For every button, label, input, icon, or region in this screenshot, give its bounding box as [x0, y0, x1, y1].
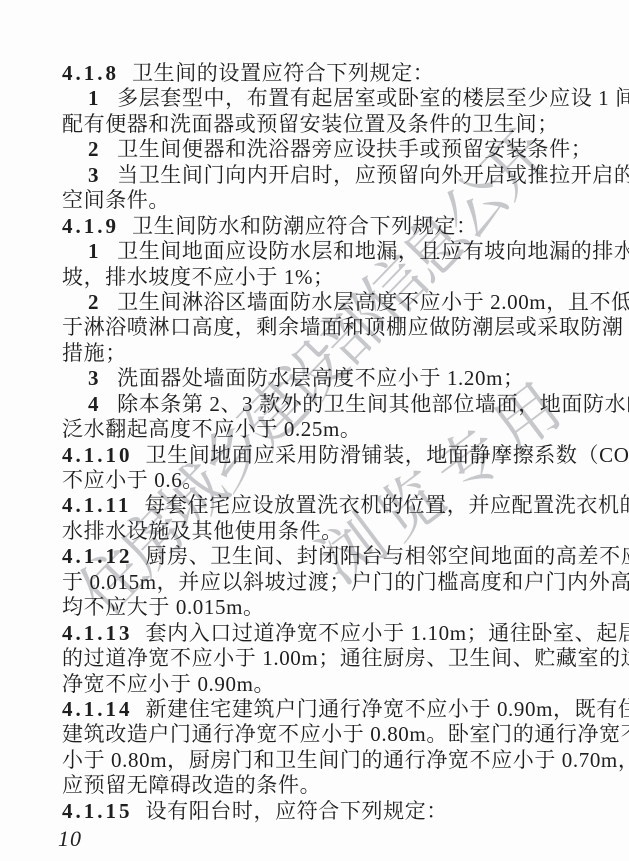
line-text: 于淋浴喷淋口高度，剩余墙面和顶棚应做防潮层或采取防潮: [62, 315, 624, 339]
continuation-line: 泛水翻起高度不应小于 0.25m。: [62, 417, 556, 442]
continuation-line: 措施；: [62, 341, 556, 366]
section-line: 4.1.14新建住宅建筑户门通行净宽不应小于 0.90m，既有住宅: [62, 697, 556, 722]
line-text: 卫生间的设置应符合下列规定：: [132, 61, 434, 85]
line-text: 的过道净宽不应小于 1.00m；通往厨房、卫生间、贮藏室的过道: [62, 646, 629, 670]
section-line: 4.1.9卫生间防水和防潮应符合下列规定：: [62, 214, 556, 239]
line-text: 应预留无障碍改造的条件。: [62, 773, 321, 797]
section-number: 4.1.13: [62, 621, 133, 645]
line-text: 卫生间淋浴区墙面防水层高度不应小于 2.00m，且不低: [117, 290, 629, 314]
line-text: 泛水翻起高度不应小于 0.25m。: [62, 417, 362, 441]
line-text: 套内入口过道净宽不应小于 1.10m；通往卧室、起居室: [146, 621, 629, 645]
continuation-line: 不应小于 0.6。: [62, 468, 556, 493]
continuation-line: 水排水设施及其他使用条件。: [62, 519, 556, 544]
continuation-line: 坡，排水坡度不应小于 1%；: [62, 265, 556, 290]
line-text: 除本条第 2、3 款外的卫生间其他部位墙面，地面防水的: [117, 392, 629, 416]
clause-line: 3洗面器处墙面防水层高度不应小于 1.20m；: [62, 366, 556, 391]
line-text: 卫生间防水和防潮应符合下列规定：: [132, 214, 478, 238]
clause-line: 3当卫生间门向内开启时，应预留向外开启或推拉开启的: [62, 163, 556, 188]
section-line: 4.1.13套内入口过道净宽不应小于 1.10m；通往卧室、起居室: [62, 621, 556, 646]
document-page: 住房城乡建设部信息公开 浏览专用 4.1.8卫生间的设置应符合下列规定：1多层套…: [0, 0, 629, 861]
line-text: 水排水设施及其他使用条件。: [62, 519, 343, 543]
line-text: 小于 0.80m，厨房门和卫生间门的通行净宽不应小于 0.70m，并: [62, 748, 629, 772]
section-line: 4.1.8卫生间的设置应符合下列规定：: [62, 61, 556, 86]
line-text: 卫生间地面应采用防滑铺装，地面静摩擦系数（COF）: [146, 443, 629, 467]
clause-line: 1卫生间地面应设防水层和地漏，且应有坡向地漏的排水: [62, 239, 556, 264]
section-line: 4.1.12厨房、卫生间、封闭阳台与相邻空间地面的高差不应大: [62, 544, 556, 569]
section-number: 4.1.9: [62, 214, 119, 238]
line-text: 卫生间便器和洗浴器旁应设扶手或预留安装条件；: [117, 137, 592, 161]
line-text: 多层套型中，布置有起居室或卧室的楼层至少应设 1 间: [117, 86, 629, 110]
section-number: 4.1.11: [62, 493, 131, 517]
section-number: 4.1.10: [62, 443, 133, 467]
clause-line: 2卫生间便器和洗浴器旁应设扶手或预留安装条件；: [62, 137, 556, 162]
line-text: 厨房、卫生间、封闭阳台与相邻空间地面的高差不应大: [146, 544, 629, 568]
line-text: 新建住宅建筑户门通行净宽不应小于 0.90m，既有住宅: [146, 697, 629, 721]
continuation-line: 于淋浴喷淋口高度，剩余墙面和顶棚应做防潮层或采取防潮: [62, 315, 556, 340]
section-line: 4.1.15设有阳台时，应符合下列规定：: [62, 799, 556, 824]
clause-line: 1多层套型中，布置有起居室或卧室的楼层至少应设 1 间: [62, 86, 556, 111]
line-text: 建筑改造户门通行净宽不应小于 0.80m。卧室门的通行净宽不应: [62, 722, 629, 746]
continuation-line: 空间条件。: [62, 188, 556, 213]
body-text: 4.1.8卫生间的设置应符合下列规定：1多层套型中，布置有起居室或卧室的楼层至少…: [62, 61, 556, 824]
continuation-line: 小于 0.80m，厨房门和卫生间门的通行净宽不应小于 0.70m，并: [62, 748, 556, 773]
line-text: 设有阳台时，应符合下列规定：: [146, 799, 448, 823]
line-text: 不应小于 0.6。: [62, 468, 204, 492]
continuation-line: 配有便器和洗面器或预留安装位置及条件的卫生间；: [62, 112, 556, 137]
line-text: 洗面器处墙面防水层高度不应小于 1.20m；: [117, 366, 525, 390]
page-number: 10: [58, 826, 82, 852]
section-number: 4.1.14: [62, 697, 133, 721]
clause-number: 1: [88, 239, 99, 263]
clause-line: 4除本条第 2、3 款外的卫生间其他部位墙面，地面防水的: [62, 392, 556, 417]
line-text: 每套住宅应设放置洗衣机的位置，并应配置洗衣机的给: [144, 493, 629, 517]
continuation-line: 均不应大于 0.015m。: [62, 595, 556, 620]
line-text: 当卫生间门向内开启时，应预留向外开启或推拉开启的: [117, 163, 629, 187]
clause-number: 1: [88, 86, 99, 110]
section-line: 4.1.11每套住宅应设放置洗衣机的位置，并应配置洗衣机的给: [62, 493, 556, 518]
clause-number: 2: [88, 290, 99, 314]
line-text: 配有便器和洗面器或预留安装位置及条件的卫生间；: [62, 112, 559, 136]
line-text: 卫生间地面应设防水层和地漏，且应有坡向地漏的排水: [117, 239, 629, 263]
clause-number: 3: [88, 366, 99, 390]
continuation-line: 建筑改造户门通行净宽不应小于 0.80m。卧室门的通行净宽不应: [62, 722, 556, 747]
clause-number: 4: [88, 392, 99, 416]
section-number: 4.1.12: [62, 544, 133, 568]
section-line: 4.1.10卫生间地面应采用防滑铺装，地面静摩擦系数（COF）: [62, 443, 556, 468]
line-text: 净宽不应小于 0.90m。: [62, 672, 275, 696]
continuation-line: 净宽不应小于 0.90m。: [62, 672, 556, 697]
continuation-line: 应预留无障碍改造的条件。: [62, 773, 556, 798]
continuation-line: 的过道净宽不应小于 1.00m；通往厨房、卫生间、贮藏室的过道: [62, 646, 556, 671]
continuation-line: 于 0.015m，并应以斜坡过渡；户门的门槛高度和户门内外高差: [62, 570, 556, 595]
line-text: 于 0.015m，并应以斜坡过渡；户门的门槛高度和户门内外高差: [62, 570, 629, 594]
line-text: 措施；: [62, 341, 127, 365]
line-text: 坡，排水坡度不应小于 1%；: [62, 265, 335, 289]
clause-number: 3: [88, 163, 99, 187]
clause-line: 2卫生间淋浴区墙面防水层高度不应小于 2.00m，且不低: [62, 290, 556, 315]
clause-number: 2: [88, 137, 99, 161]
line-text: 均不应大于 0.015m。: [62, 595, 265, 619]
section-number: 4.1.8: [62, 61, 119, 85]
line-text: 空间条件。: [62, 188, 170, 212]
section-number: 4.1.15: [62, 799, 133, 823]
